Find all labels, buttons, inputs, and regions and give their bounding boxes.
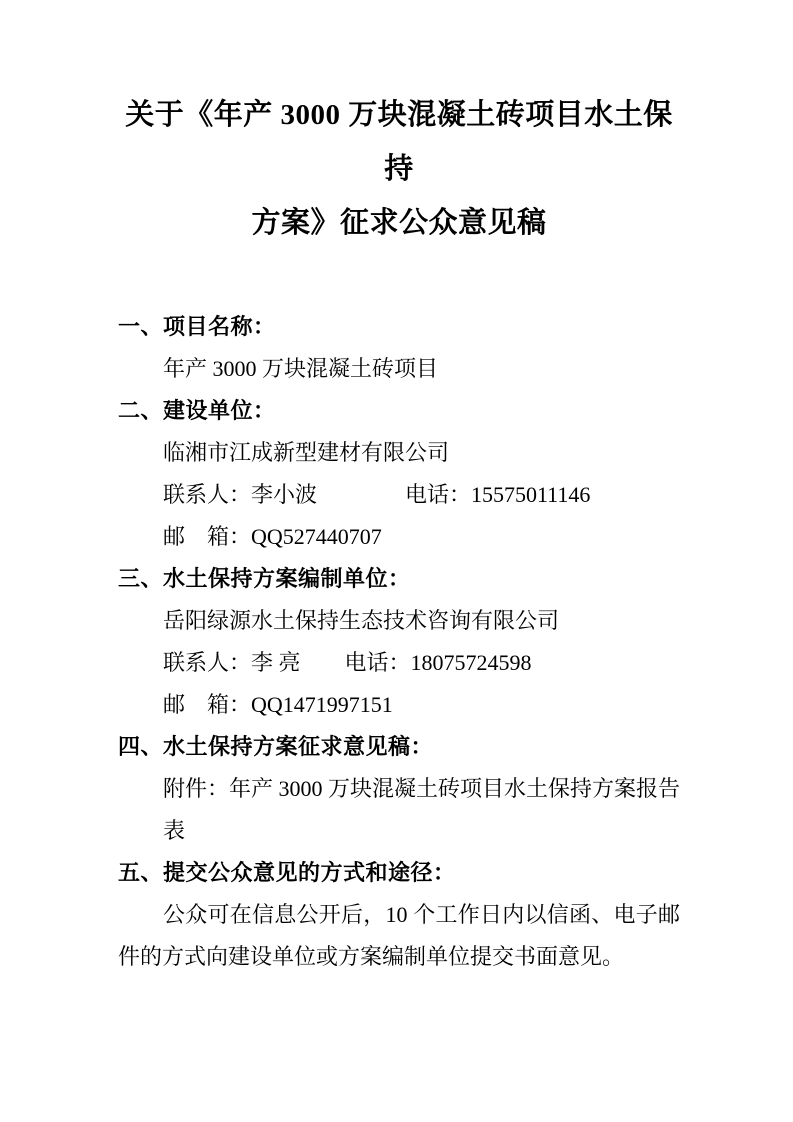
title-line-1: 关于《年产 3000 万块混凝土砖项目水土保持	[118, 88, 680, 196]
section-3-email: 邮 箱：QQ1471997151	[118, 684, 680, 726]
section-5-heading: 五、提交公众意见的方式和途径：	[118, 852, 680, 894]
document-content: 关于《年产 3000 万块混凝土砖项目水土保持 方案》征求公众意见稿 一、项目名…	[0, 88, 793, 978]
section-2-contact-phone: 联系人：李小波 电话：15575011146	[118, 474, 680, 516]
section-3-heading: 三、水土保持方案编制单位：	[118, 558, 680, 600]
section-3-contact-phone: 联系人：李 亮 电话：18075724598	[118, 642, 680, 684]
section-4-heading: 四、水土保持方案征求意见稿：	[118, 726, 680, 768]
section-3-company-name: 岳阳绿源水土保持生态技术咨询有限公司	[118, 600, 680, 642]
section-1-heading: 一、项目名称：	[118, 306, 680, 348]
section-1-project-name: 年产 3000 万块混凝土砖项目	[118, 348, 680, 390]
title-line-2: 方案》征求公众意见稿	[118, 196, 680, 250]
section-2-company-name: 临湘市江成新型建材有限公司	[118, 432, 680, 474]
section-4-attachment: 附件：年产 3000 万块混凝土砖项目水土保持方案报告表	[118, 768, 680, 852]
section-2-email: 邮 箱：QQ527440707	[118, 516, 680, 558]
document-body: 一、项目名称： 年产 3000 万块混凝土砖项目 二、建设单位： 临湘市江成新型…	[118, 306, 680, 978]
section-2-heading: 二、建设单位：	[118, 390, 680, 432]
section-5-paragraph: 公众可在信息公开后，10 个工作日内以信函、电子邮件的方式向建设单位或方案编制单…	[118, 894, 680, 978]
document-page: 关于《年产 3000 万块混凝土砖项目水土保持 方案》征求公众意见稿 一、项目名…	[0, 0, 793, 1122]
document-title: 关于《年产 3000 万块混凝土砖项目水土保持 方案》征求公众意见稿	[118, 88, 680, 250]
